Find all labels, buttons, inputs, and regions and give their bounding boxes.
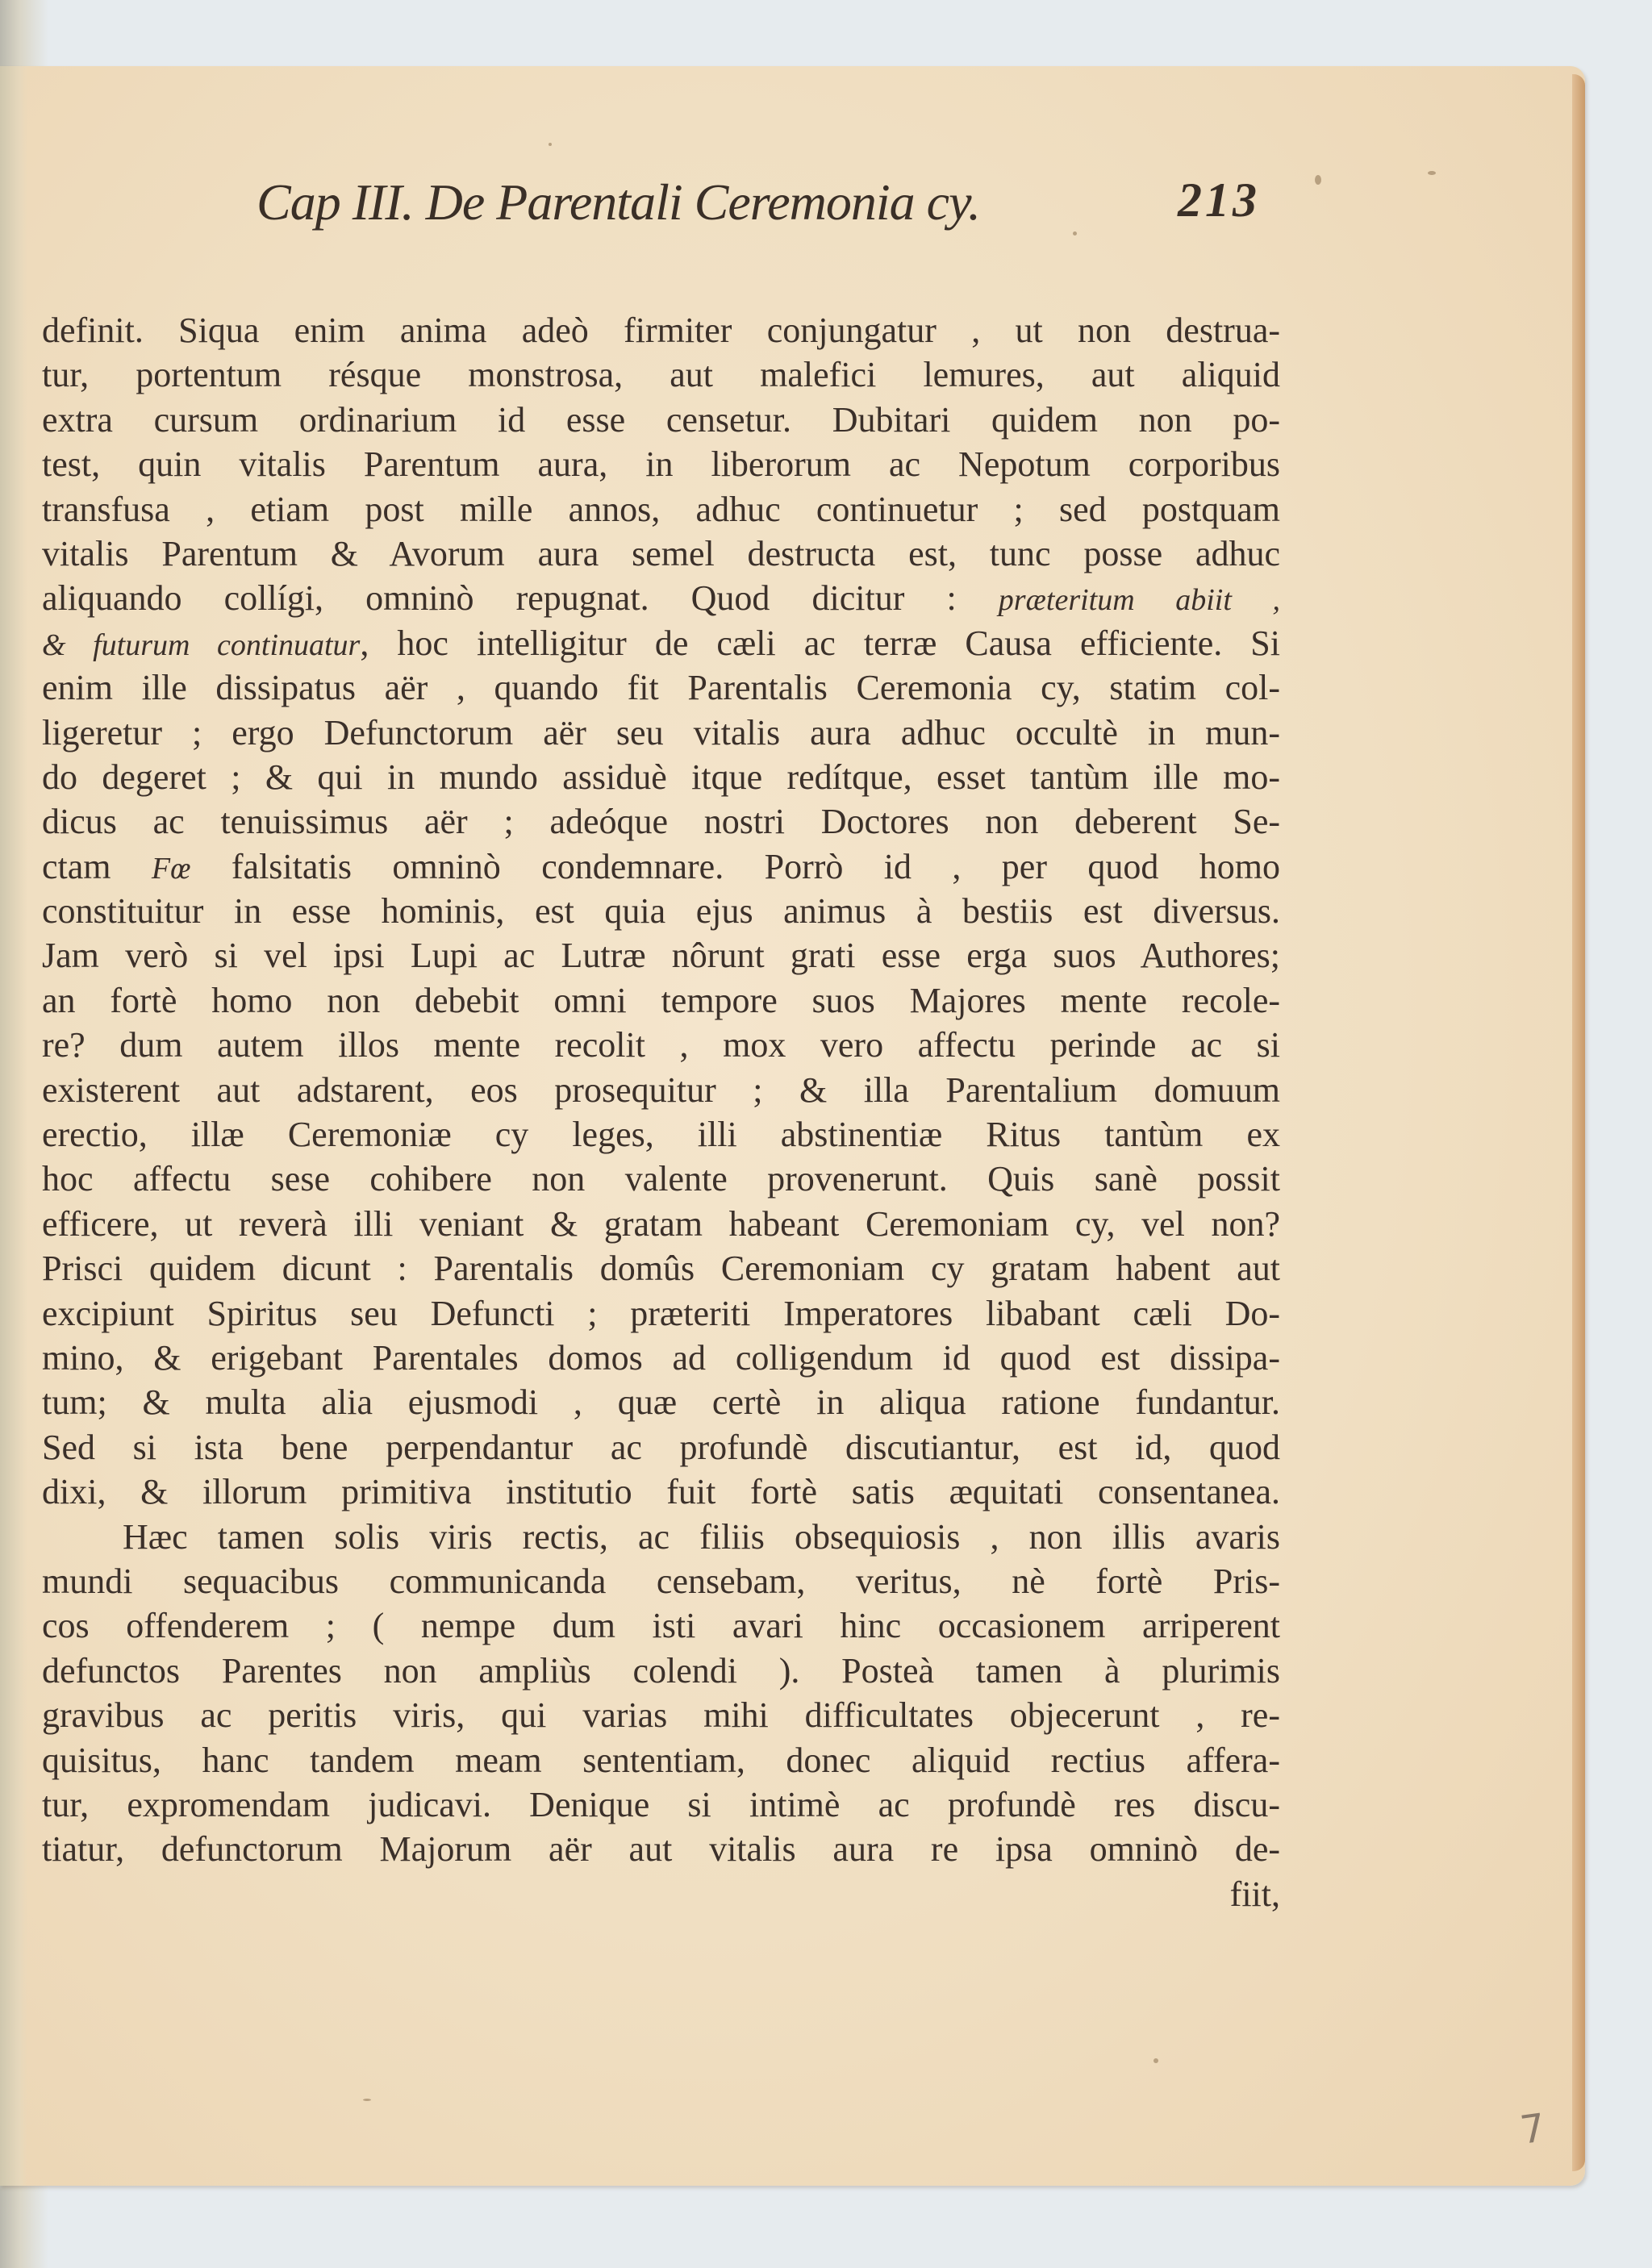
text-roman: , hoc intelligitur de cæli ac terræ Caus… xyxy=(360,623,1280,663)
body-text: definit. Siqua enim anima adeò firmiter … xyxy=(42,308,1280,1916)
text-roman: aliquando collígi, omninò repugnat. Quod… xyxy=(42,578,957,618)
text-line: excipiunt Spiritus seu Defuncti ; præter… xyxy=(42,1291,1280,1336)
text-line: erectio, illæ Ceremoniæ cy leges, illi a… xyxy=(42,1112,1280,1157)
text-line: do degeret ; & qui in mundo assiduè itqu… xyxy=(42,755,1280,799)
text-line: & futurum continuatur, hoc intelligitur … xyxy=(42,621,1280,665)
text-line: Sed si ista bene perpendantur ac profund… xyxy=(42,1425,1280,1470)
text-line: efficere, ut reverà illi veniant & grata… xyxy=(42,1202,1280,1246)
pencil-margin-note: 7 xyxy=(1517,2105,1548,2153)
text-line: ctam Fœ falsitatis omninò condemnare. Po… xyxy=(42,844,1280,889)
running-title: Cap III. De Parentali Ceremonia cy. xyxy=(257,173,980,232)
text-line: tur, expromendam judicavi. Denique si in… xyxy=(42,1782,1280,1827)
text-roman: ctam xyxy=(42,847,111,886)
text-line: enim ille dissipatus aër , quando fit Pa… xyxy=(42,665,1280,710)
running-head: Cap III. De Parentali Ceremonia cy. 213 xyxy=(0,173,1585,245)
text-line: transfusa , etiam post mille annos, adhu… xyxy=(42,487,1280,532)
text-italic: & futurum continuatur xyxy=(42,628,360,662)
page-number: 213 xyxy=(1178,173,1260,228)
text-line: mino, & erigebant Parentales domos ad co… xyxy=(42,1336,1280,1380)
text-italic: Fœ xyxy=(152,852,191,886)
text-line: an fortè homo non debebit omni tempore s… xyxy=(42,978,1280,1023)
text-line: dicus ac tenuissimus aër ; adeóque nostr… xyxy=(42,799,1280,844)
catchword-line: fiit, xyxy=(42,1872,1280,1916)
text-roman: falsitatis omninò condemnare. Porrò id ,… xyxy=(190,847,1280,886)
text-line: cos offenderem ; ( nempe dum isti avari … xyxy=(42,1603,1280,1648)
text-line: definit. Siqua enim anima adeò firmiter … xyxy=(42,308,1280,352)
text-line: Prisci quidem dicunt : Parentalis domûs … xyxy=(42,1246,1280,1290)
text-line: extra cursum ordinarium id esse censetur… xyxy=(42,398,1280,442)
text-line: ligeretur ; ergo Defunctorum aër seu vit… xyxy=(42,711,1280,755)
text-line: tiatur, defunctorum Majorum aër aut vita… xyxy=(42,1827,1280,1871)
text-line: dixi, & illorum primitiva institutio fui… xyxy=(42,1470,1280,1514)
text-line: test, quin vitalis Parentum aura, in lib… xyxy=(42,442,1280,486)
text-line: defunctos Parentes non ampliùs colendi )… xyxy=(42,1649,1280,1693)
text-line: mundi sequacibus communicanda censebam, … xyxy=(42,1559,1280,1603)
text-line: quisitus, hanc tandem meam sententiam, d… xyxy=(42,1738,1280,1782)
text-line: tum; & multa alia ejusmodi , quæ certè i… xyxy=(42,1380,1280,1424)
text-line: re? dum autem illos mente recolit , mox … xyxy=(42,1023,1280,1067)
text-line: constituitur in esse hominis, est quia e… xyxy=(42,889,1280,933)
text-line: Jam verò si vel ipsi Lupi ac Lutræ nôrun… xyxy=(42,933,1280,978)
page-gutter xyxy=(0,66,27,2186)
text-line: aliquando collígi, omninò repugnat. Quod… xyxy=(42,576,1280,620)
text-line: gravibus ac peritis viris, qui varias mi… xyxy=(42,1693,1280,1737)
text-italic: præteritum abiit , xyxy=(999,583,1280,617)
text-line: tur, portentum résque monstrosa, aut mal… xyxy=(42,352,1280,397)
text-line: hoc affectu sese cohibere non valente pr… xyxy=(42,1157,1280,1201)
paragraph-start-line: Hæc tamen solis viris rectis, ac filiis … xyxy=(42,1515,1280,1559)
text-line: existerent aut adstarent, eos prosequitu… xyxy=(42,1068,1280,1112)
book-page: Cap III. De Parentali Ceremonia cy. 213 … xyxy=(0,66,1585,2186)
page-edge xyxy=(1572,74,1585,2171)
text-line: vitalis Parentum & Avorum aura semel des… xyxy=(42,532,1280,576)
